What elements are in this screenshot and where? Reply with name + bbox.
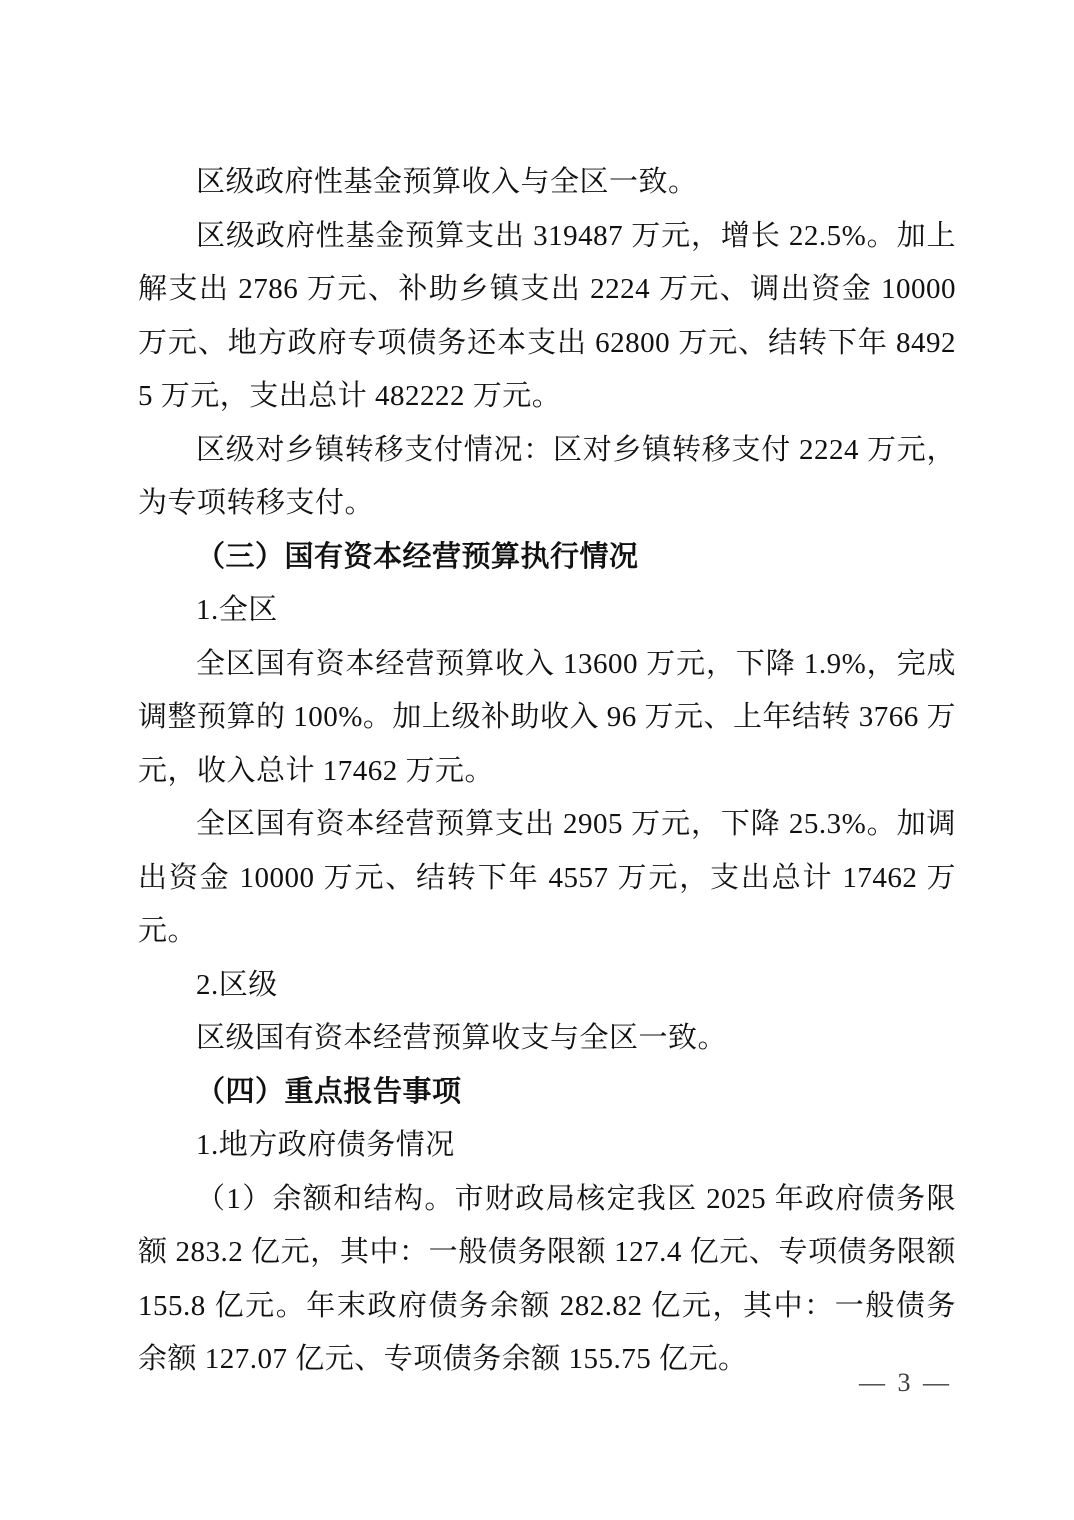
document-page: 区级政府性基金预算收入与全区一致。区级政府性基金预算支出 319487 万元，增… xyxy=(0,0,1074,1520)
paragraph: 1.全区 xyxy=(138,584,956,638)
section-heading: （四）重点报告事项 xyxy=(138,1066,956,1120)
paragraph: 区级对乡镇转移支付情况：区对乡镇转移支付 2224 万元，为专项转移支付。 xyxy=(138,424,956,531)
page-number: — 3 — xyxy=(859,1368,952,1398)
document-body: 区级政府性基金预算收入与全区一致。区级政府性基金预算支出 319487 万元，增… xyxy=(138,156,956,1387)
paragraph: 全区国有资本经营预算支出 2905 万元，下降 25.3%。加调出资金 1000… xyxy=(138,798,956,959)
paragraph: 1.地方政府债务情况 xyxy=(138,1119,956,1173)
paragraph: 区级政府性基金预算收入与全区一致。 xyxy=(138,156,956,210)
section-heading: （三）国有资本经营预算执行情况 xyxy=(138,531,956,585)
paragraph: 区级政府性基金预算支出 319487 万元，增长 22.5%。加上解支出 278… xyxy=(138,210,956,424)
paragraph: 2.区级 xyxy=(138,959,956,1013)
paragraph: 全区国有资本经营预算收入 13600 万元，下降 1.9%，完成调整预算的 10… xyxy=(138,638,956,799)
paragraph: （1）余额和结构。市财政局核定我区 2025 年政府债务限额 283.2 亿元，… xyxy=(138,1173,956,1387)
paragraph: 区级国有资本经营预算收支与全区一致。 xyxy=(138,1012,956,1066)
